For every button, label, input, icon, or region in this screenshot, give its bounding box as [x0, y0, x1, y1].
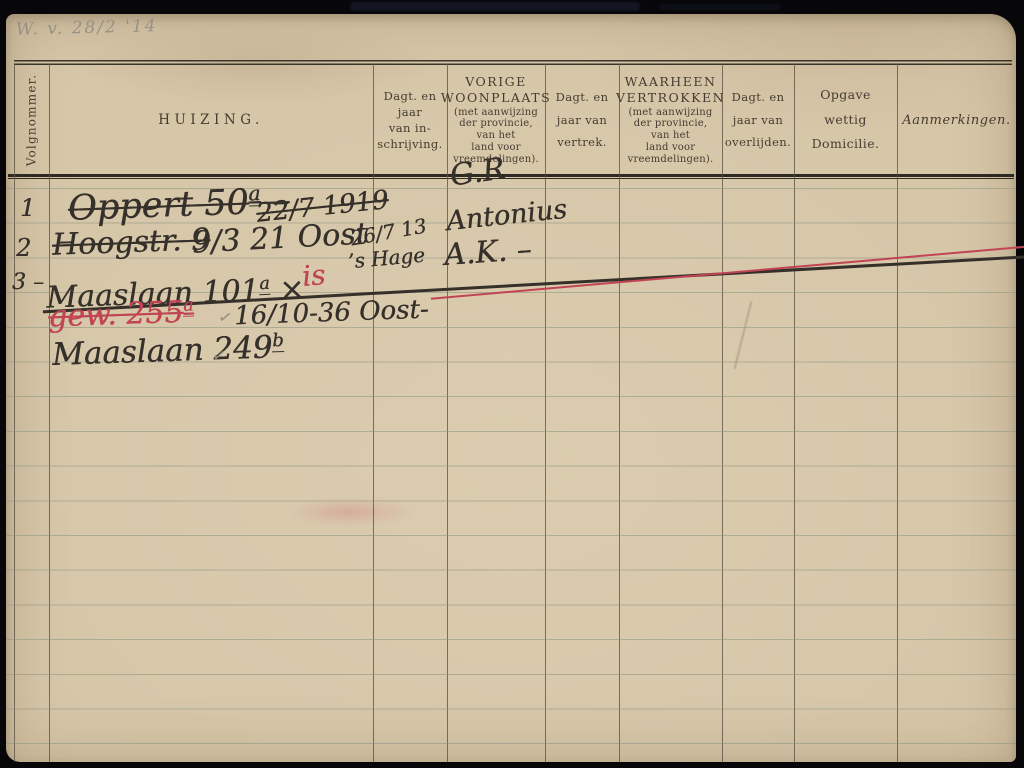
entry-2-vorige-initials: A.K. – — [443, 235, 533, 271]
column-header-overlijden-label: Dagt. en jaar van overlijden. — [725, 86, 791, 153]
column-header-vertrek: Dagt. en jaar van vertrek. — [545, 66, 619, 174]
entry-2-number: 2 — [16, 236, 31, 260]
red-ink-bleedthrough — [285, 498, 415, 526]
column-header-inschrijving: Dagt. en jaar van in- schrijving. — [373, 66, 447, 174]
column-header-aanmerkingen-label: Aanmerkingen. — [902, 113, 1010, 128]
column-header-huizing: HUIZING. — [49, 66, 373, 174]
scan-edge-glare — [660, 4, 780, 10]
entry-2-address-struck: Hoogstr. 9 — [52, 225, 211, 261]
column-header-volgnommer: Volgnommer. — [14, 66, 49, 174]
column-header-inschrijving-label: Dagt. en jaar van in- schrijving. — [377, 88, 443, 152]
entry-3-note-gewijzigd-superscript: a — [183, 295, 194, 316]
entry-3-note-gewijzigd-text: gew. 255 — [47, 295, 184, 335]
pencil-annotation: W. v. 28/2 '14 — [16, 18, 158, 39]
column-header-waarheen-title: WAARHEEN VERTROKKEN — [616, 74, 725, 105]
entry-3-number: 3 – — [12, 272, 44, 294]
entry-3-address-new-text: Maaslaan 249 — [51, 329, 273, 373]
entry-3-date-new: 16/10-36 Oost- — [234, 297, 429, 330]
column-header-waarheen-subtitle: (met aanwijzing der provincie, van het l… — [628, 107, 714, 166]
entry-3-note-gewijzigd-struck: gew. 255a — [48, 297, 195, 332]
table-top-border — [14, 60, 1012, 65]
header-bottom-border — [8, 174, 1014, 180]
column-header-vorige-title: VORIGE WOONPLAATS — [441, 74, 551, 105]
column-header-domicilie-label: Opgave wettig Domicilie. — [812, 83, 880, 156]
column-header-domicilie: Opgave wettig Domicilie. — [794, 66, 897, 174]
entry-3-address-new-superscript: b — [272, 330, 284, 352]
column-header-volgnommer-label: Volgnommer. — [25, 74, 39, 167]
pencil-checkmark: ✓ — [211, 347, 228, 366]
column-header-waarheen-vertrokken: WAARHEEN VERTROKKEN (met aanwijzing der … — [619, 66, 722, 174]
register-page: W. v. 28/2 '14 Volgnommer. HUIZING. Dagt… — [6, 14, 1016, 762]
column-header-huizing-label: HUIZING. — [158, 112, 264, 128]
entry-1-vorige-initials: G.R — [448, 154, 507, 191]
scan-background: W. v. 28/2 '14 Volgnommer. HUIZING. Dagt… — [0, 0, 1024, 768]
entry-3-address-new: Maaslaan 249b — [52, 332, 285, 371]
entry-2-inschrijving-place: ’s Hage — [347, 245, 425, 272]
column-header-vertrek-label: Dagt. en jaar van vertrek. — [556, 86, 609, 153]
scan-edge-glare — [350, 2, 640, 11]
column-header-overlijden: Dagt. en jaar van overlijden. — [722, 66, 794, 174]
entry-1-number: 1 — [20, 196, 35, 220]
entry-3-note-is: is — [301, 261, 327, 291]
entry-3-address-old-superscript: a — [259, 274, 270, 295]
column-header-aanmerkingen: Aanmerkingen. — [897, 66, 1016, 174]
entry-1-address-text: Oppert 50 — [67, 183, 249, 229]
entry-2-address-new: 9/3 21 Oost — [191, 219, 368, 258]
